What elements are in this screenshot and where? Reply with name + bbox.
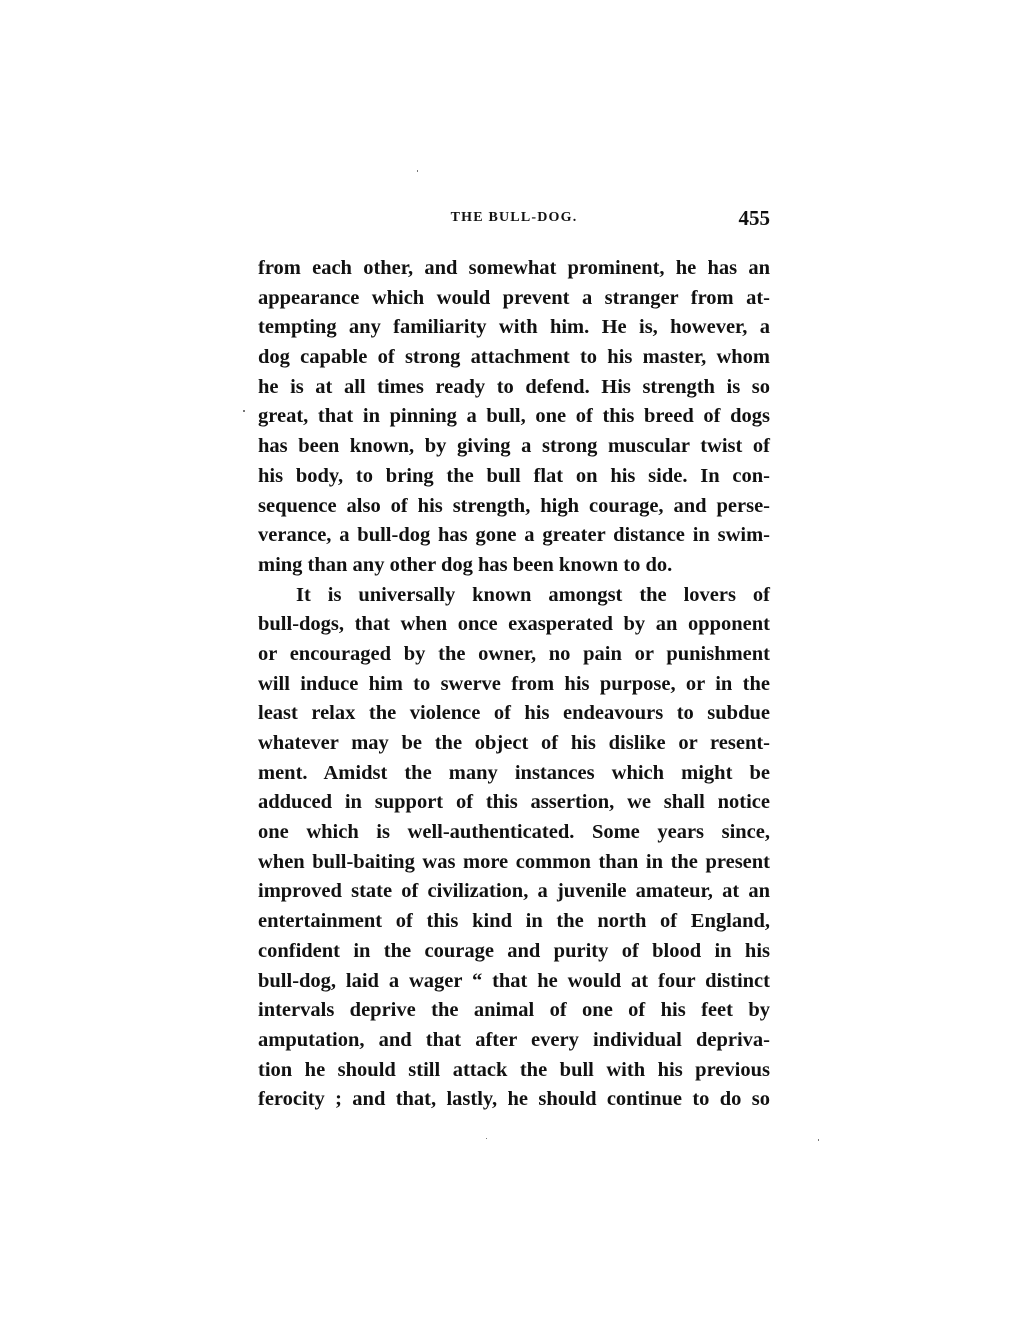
text-line: ming than any other dog has been known t…: [258, 551, 770, 581]
paragraph-2: It is universally known amongst the love…: [258, 581, 770, 1115]
page-number: 455: [739, 206, 771, 231]
scan-speck: [818, 1139, 819, 1141]
paragraph-1: from each other, and somewhat prominent,…: [258, 254, 770, 581]
text-line: dog capable of strong attachment to his …: [258, 343, 770, 373]
scan-speck: [486, 1138, 487, 1139]
text-line: It is universally known amongst the love…: [258, 581, 770, 611]
scan-speck: [243, 410, 245, 412]
text-line: ferocity ; and that, lastly, he should c…: [258, 1085, 770, 1115]
text-line: least relax the violence of his endeavou…: [258, 699, 770, 729]
book-page: THE BULL-DOG. 455 from each other, and s…: [0, 0, 1033, 1339]
text-line: or encouraged by the owner, no pain or p…: [258, 640, 770, 670]
text-line: bull-dogs, that when once exasperated by…: [258, 610, 770, 640]
text-line: improved state of civilization, a juveni…: [258, 877, 770, 907]
text-line: from each other, and somewhat prominent,…: [258, 254, 770, 284]
running-header: THE BULL-DOG. 455: [258, 206, 770, 230]
running-title: THE BULL-DOG.: [258, 210, 770, 226]
text-line: entertainment of this kind in the north …: [258, 907, 770, 937]
text-line: confident in the courage and purity of b…: [258, 937, 770, 967]
text-line: whatever may be the object of his dislik…: [258, 729, 770, 759]
text-line: intervals deprive the animal of one of h…: [258, 996, 770, 1026]
text-line: his body, to bring the bull flat on his …: [258, 462, 770, 492]
text-line: great, that in pinning a bull, one of th…: [258, 402, 770, 432]
text-line: appearance which would prevent a strange…: [258, 284, 770, 314]
text-line: one which is well-authenticated. Some ye…: [258, 818, 770, 848]
scan-speck: [417, 170, 418, 172]
text-line: adduced in support of this assertion, we…: [258, 788, 770, 818]
text-line: tion he should still attack the bull wit…: [258, 1056, 770, 1086]
text-line: he is at all times ready to defend. His …: [258, 373, 770, 403]
text-line: when bull-baiting was more common than i…: [258, 848, 770, 878]
text-line: bull-dog, laid a wager “ that he would a…: [258, 967, 770, 997]
text-line: sequence also of his strength, high cour…: [258, 492, 770, 522]
text-line: verance, a bull-dog has gone a greater d…: [258, 521, 770, 551]
text-line: amputation, and that after every individ…: [258, 1026, 770, 1056]
text-line: tempting any familiarity with him. He is…: [258, 313, 770, 343]
text-line: will induce him to swerve from his purpo…: [258, 670, 770, 700]
text-line: has been known, by giving a strong muscu…: [258, 432, 770, 462]
text-line: ment. Amidst the many instances which mi…: [258, 759, 770, 789]
body-text: from each other, and somewhat prominent,…: [258, 254, 770, 1115]
